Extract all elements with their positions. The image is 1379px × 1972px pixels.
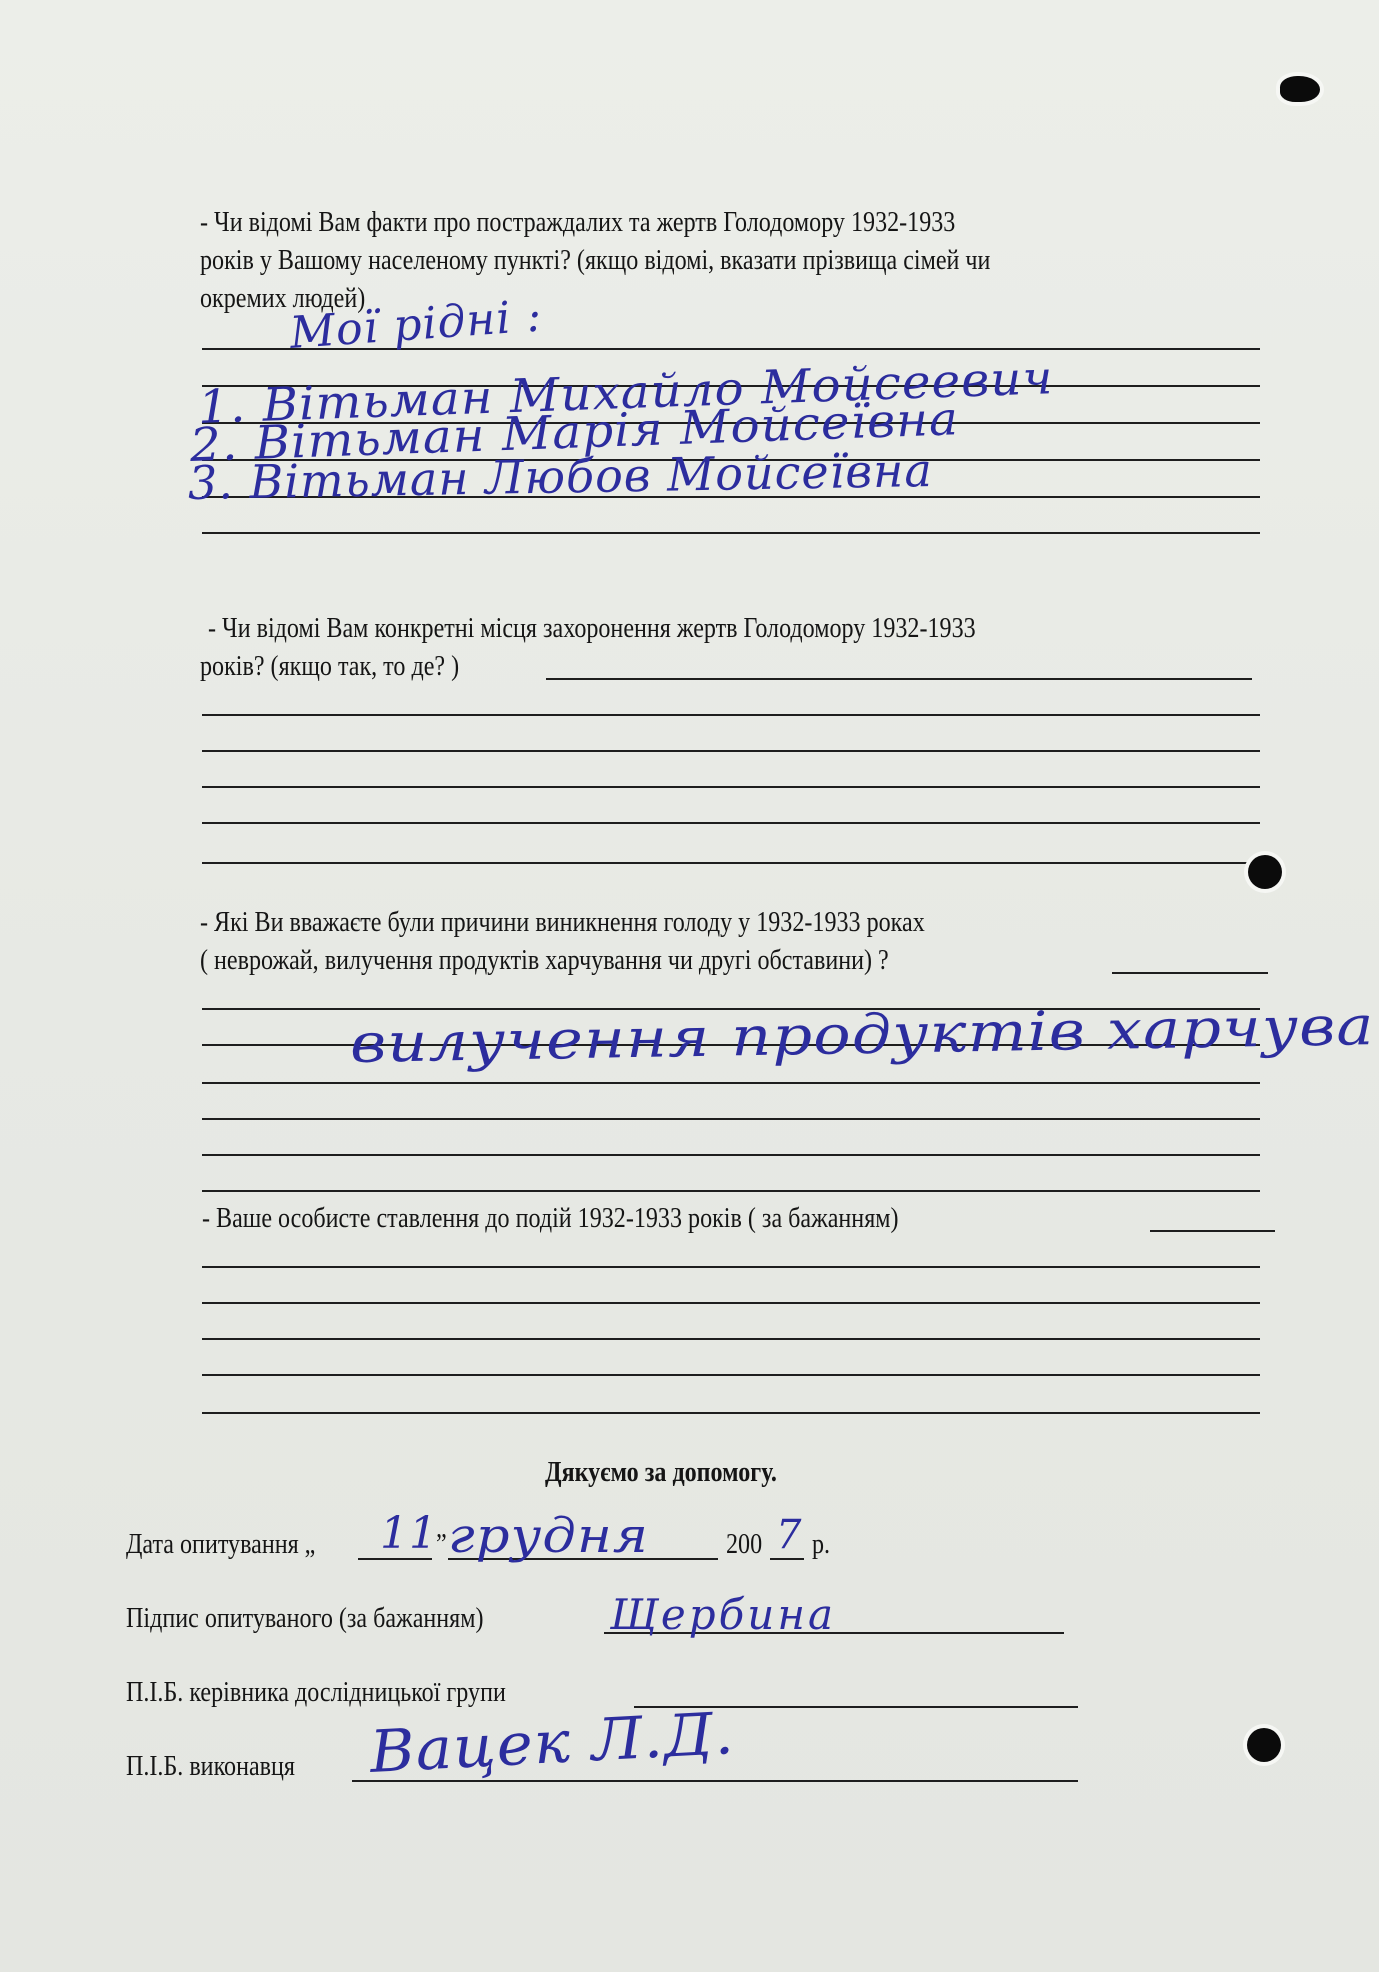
answer-line[interactable] — [202, 1302, 1260, 1304]
answer-line[interactable] — [202, 1374, 1260, 1376]
answer-line[interactable] — [202, 1154, 1260, 1156]
survey-date-label: Дата опитування „ — [126, 1526, 315, 1564]
research-leader-label: П.І.Б. керівника дослідницької групи — [126, 1674, 506, 1712]
answer-line[interactable] — [202, 862, 1260, 864]
answer-line[interactable] — [202, 786, 1260, 788]
question-1-line-2: років у Вашому населеному пункті? (якщо … — [200, 242, 1292, 280]
answer-line[interactable] — [546, 678, 1252, 680]
date-suffix: р. — [812, 1526, 830, 1564]
question-3-line-1: - Які Ви вважаєте були причини виникненн… — [200, 904, 925, 942]
date-quote: ” — [436, 1526, 447, 1564]
punch-hole — [1247, 1728, 1281, 1762]
punch-hole — [1248, 855, 1282, 889]
date-year-digit: 7 — [776, 1512, 802, 1558]
answer-line[interactable] — [202, 1338, 1260, 1340]
answer-line[interactable] — [202, 750, 1260, 752]
questionnaire-page: - Чи відомі Вам факти про постраждалих т… — [0, 0, 1379, 1972]
answer-line[interactable] — [1150, 1230, 1275, 1232]
answer-line[interactable] — [202, 1118, 1260, 1120]
answer-line[interactable] — [202, 532, 1260, 534]
date-day-value: 11 — [380, 1508, 438, 1559]
question-2-line-2: років? (якщо так, то де? ) — [200, 648, 459, 686]
answer-line[interactable] — [202, 822, 1260, 824]
question-3-line-2: ( неврожай, вилучення продуктів харчуван… — [200, 942, 889, 980]
date-year-prefix: 200 — [726, 1526, 762, 1564]
question-1-line-1: - Чи відомі Вам факти про постраждалих т… — [200, 204, 1292, 242]
handwritten-answer-name-3: 3. Вітьман Любов Мойсеївна — [188, 443, 934, 510]
executor-label: П.І.Б. виконавця — [126, 1748, 295, 1786]
question-2-line-1: - Чи відомі Вам конкретні місця захороне… — [208, 610, 976, 648]
signature-label: Підпис опитуваного (за бажанням) — [126, 1600, 483, 1638]
answer-line[interactable] — [202, 714, 1260, 716]
answer-line[interactable] — [202, 1190, 1260, 1192]
handwritten-answer-cause: вилучення продуктів харчування — [349, 992, 1379, 1075]
signature-value: Щербина — [610, 1590, 836, 1639]
answer-line[interactable] — [1112, 972, 1268, 974]
punch-hole — [1280, 76, 1320, 102]
answer-line[interactable] — [202, 1266, 1260, 1268]
thanks-heading: Дякуємо за допомогу. — [545, 1454, 777, 1492]
date-month-value: грудня — [448, 1508, 649, 1564]
date-year-line[interactable] — [770, 1558, 804, 1560]
answer-line[interactable] — [202, 1412, 1260, 1414]
answer-line[interactable] — [202, 1082, 1260, 1084]
question-4-line-1: - Ваше особисте ставлення до подій 1932-… — [202, 1200, 899, 1238]
executor-value: Вацек Л.Д. — [368, 1699, 736, 1786]
